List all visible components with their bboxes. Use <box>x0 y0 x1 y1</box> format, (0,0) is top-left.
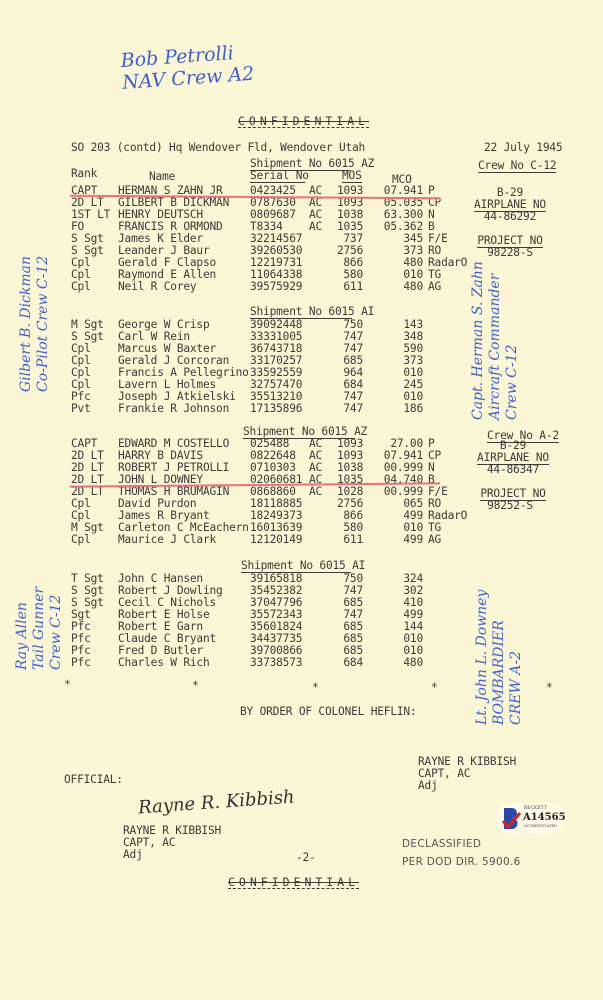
official-signer-title: Adj <box>123 849 221 861</box>
col-header-rank: Rank <box>71 168 97 180</box>
signer-block: RAYNE R KIBBISH CAPT, AC Adj <box>418 756 516 792</box>
name: Charles W Rich <box>118 657 210 669</box>
beckett-logo-icon <box>502 807 522 831</box>
beckett-brand: BECKETT <box>524 806 547 811</box>
name: Maurice J Clark <box>118 534 216 546</box>
rank: Pfc <box>71 657 91 669</box>
handwritten-note-allen: Ray Allen Tail Gunner Crew C-12 <box>14 587 65 670</box>
handwritten-line: BOMBARDIER <box>491 590 508 725</box>
mos: 684 <box>337 657 363 669</box>
crew-row: Cpl Maurice J Clark 12120149 611 499 AG <box>0 534 603 546</box>
serial: 12120149 <box>250 534 302 546</box>
mco: 480 <box>379 281 423 293</box>
official-signer-block: RAYNE R KIBBISH CAPT, AC Adj <box>123 825 221 861</box>
branch: AC <box>309 486 322 498</box>
handwritten-note-zahn: Capt. Herman S. Zahn Aircraft Commander … <box>470 261 521 420</box>
declassified-label: DECLASSIFIED <box>402 835 521 853</box>
mco: 480 <box>379 657 423 669</box>
airplane-number: 44-86292 <box>450 211 570 223</box>
serial: 39575929 <box>250 281 302 293</box>
handwritten-line: Lt. John L. Downey <box>474 590 491 725</box>
duty: AG <box>428 534 441 546</box>
asterisk: * <box>64 679 71 691</box>
handwritten-line: Ray Allen <box>14 587 31 670</box>
asterisk: * <box>312 682 319 694</box>
page-number: -2- <box>296 852 316 864</box>
handwritten-line: Aircraft Commander <box>487 261 504 420</box>
mos: 611 <box>337 281 363 293</box>
declassified-authority: PER DOD DIR. 5900.6 <box>402 853 521 871</box>
name: Neil R Corey <box>118 281 196 293</box>
duty: AG <box>428 281 441 293</box>
asterisk: * <box>431 682 438 694</box>
order-date: 22 July 1945 <box>484 142 562 154</box>
handwritten-note-top: Bob Petrolli NAV Crew A2 <box>120 41 255 94</box>
col-header-serial: Serial No <box>250 170 305 183</box>
beckett-authentication-sticker: BECKETT A14565 AUTHENTICATED <box>496 803 564 833</box>
serial: 17135896 <box>250 403 302 415</box>
crew-number: Crew No C-12 <box>478 160 556 173</box>
handwritten-line: Tail Gunner <box>31 587 48 670</box>
signer-title: Adj <box>418 780 516 792</box>
mos: 747 <box>337 403 363 415</box>
col-header-name: Name <box>149 171 175 183</box>
serial: 33738573 <box>250 657 302 669</box>
handwritten-line: CREW A-2 <box>508 590 525 725</box>
mco: 499 <box>379 534 423 546</box>
handwritten-note-dickman: Gilbert B. Dickman Co-Pilot Crew C-12 <box>18 256 52 392</box>
branch: AC <box>309 221 322 233</box>
airplane-number: 44-86347 <box>453 464 573 476</box>
handwritten-line: Co-Pilot Crew C-12 <box>35 256 52 392</box>
col-header-mos: MOS <box>342 170 362 183</box>
declassified-block: DECLASSIFIED PER DOD DIR. 5900.6 <box>402 835 521 871</box>
rank: Cpl <box>71 534 91 546</box>
asterisk: * <box>546 682 553 694</box>
handwritten-line: Crew C-12 <box>48 587 65 670</box>
mos: 611 <box>337 534 363 546</box>
handwritten-note-downey: Lt. John L. Downey BOMBARDIER CREW A-2 <box>474 590 525 725</box>
handwritten-line: Capt. Herman S. Zahn <box>470 261 487 420</box>
by-order-line: BY ORDER OF COLONEL HEFLIN: <box>240 706 416 718</box>
classification-header: CONFIDENTIAL <box>238 115 369 128</box>
mco: 186 <box>379 403 423 415</box>
order-line: SO 203 (contd) Hq Wendover Fld, Wendover… <box>71 142 365 154</box>
rank: Pvt <box>71 403 91 415</box>
project-number: 98252-S <box>450 500 570 512</box>
handwritten-line: Crew C-12 <box>504 261 521 420</box>
kibbish-signature: Rayne R. Kibbish <box>137 787 295 819</box>
beckett-authenticated: AUTHENTICATED <box>524 824 557 828</box>
handwritten-line: Gilbert B. Dickman <box>18 256 35 392</box>
asterisk: * <box>192 680 199 692</box>
official-label: OFFICIAL: <box>64 774 123 786</box>
classification-footer: CONFIDENTIAL <box>228 876 359 889</box>
beckett-code: A14565 <box>523 812 566 823</box>
rank: Cpl <box>71 281 91 293</box>
project-number: 98228-S <box>450 247 570 259</box>
name: Frankie R Johnson <box>118 403 229 415</box>
